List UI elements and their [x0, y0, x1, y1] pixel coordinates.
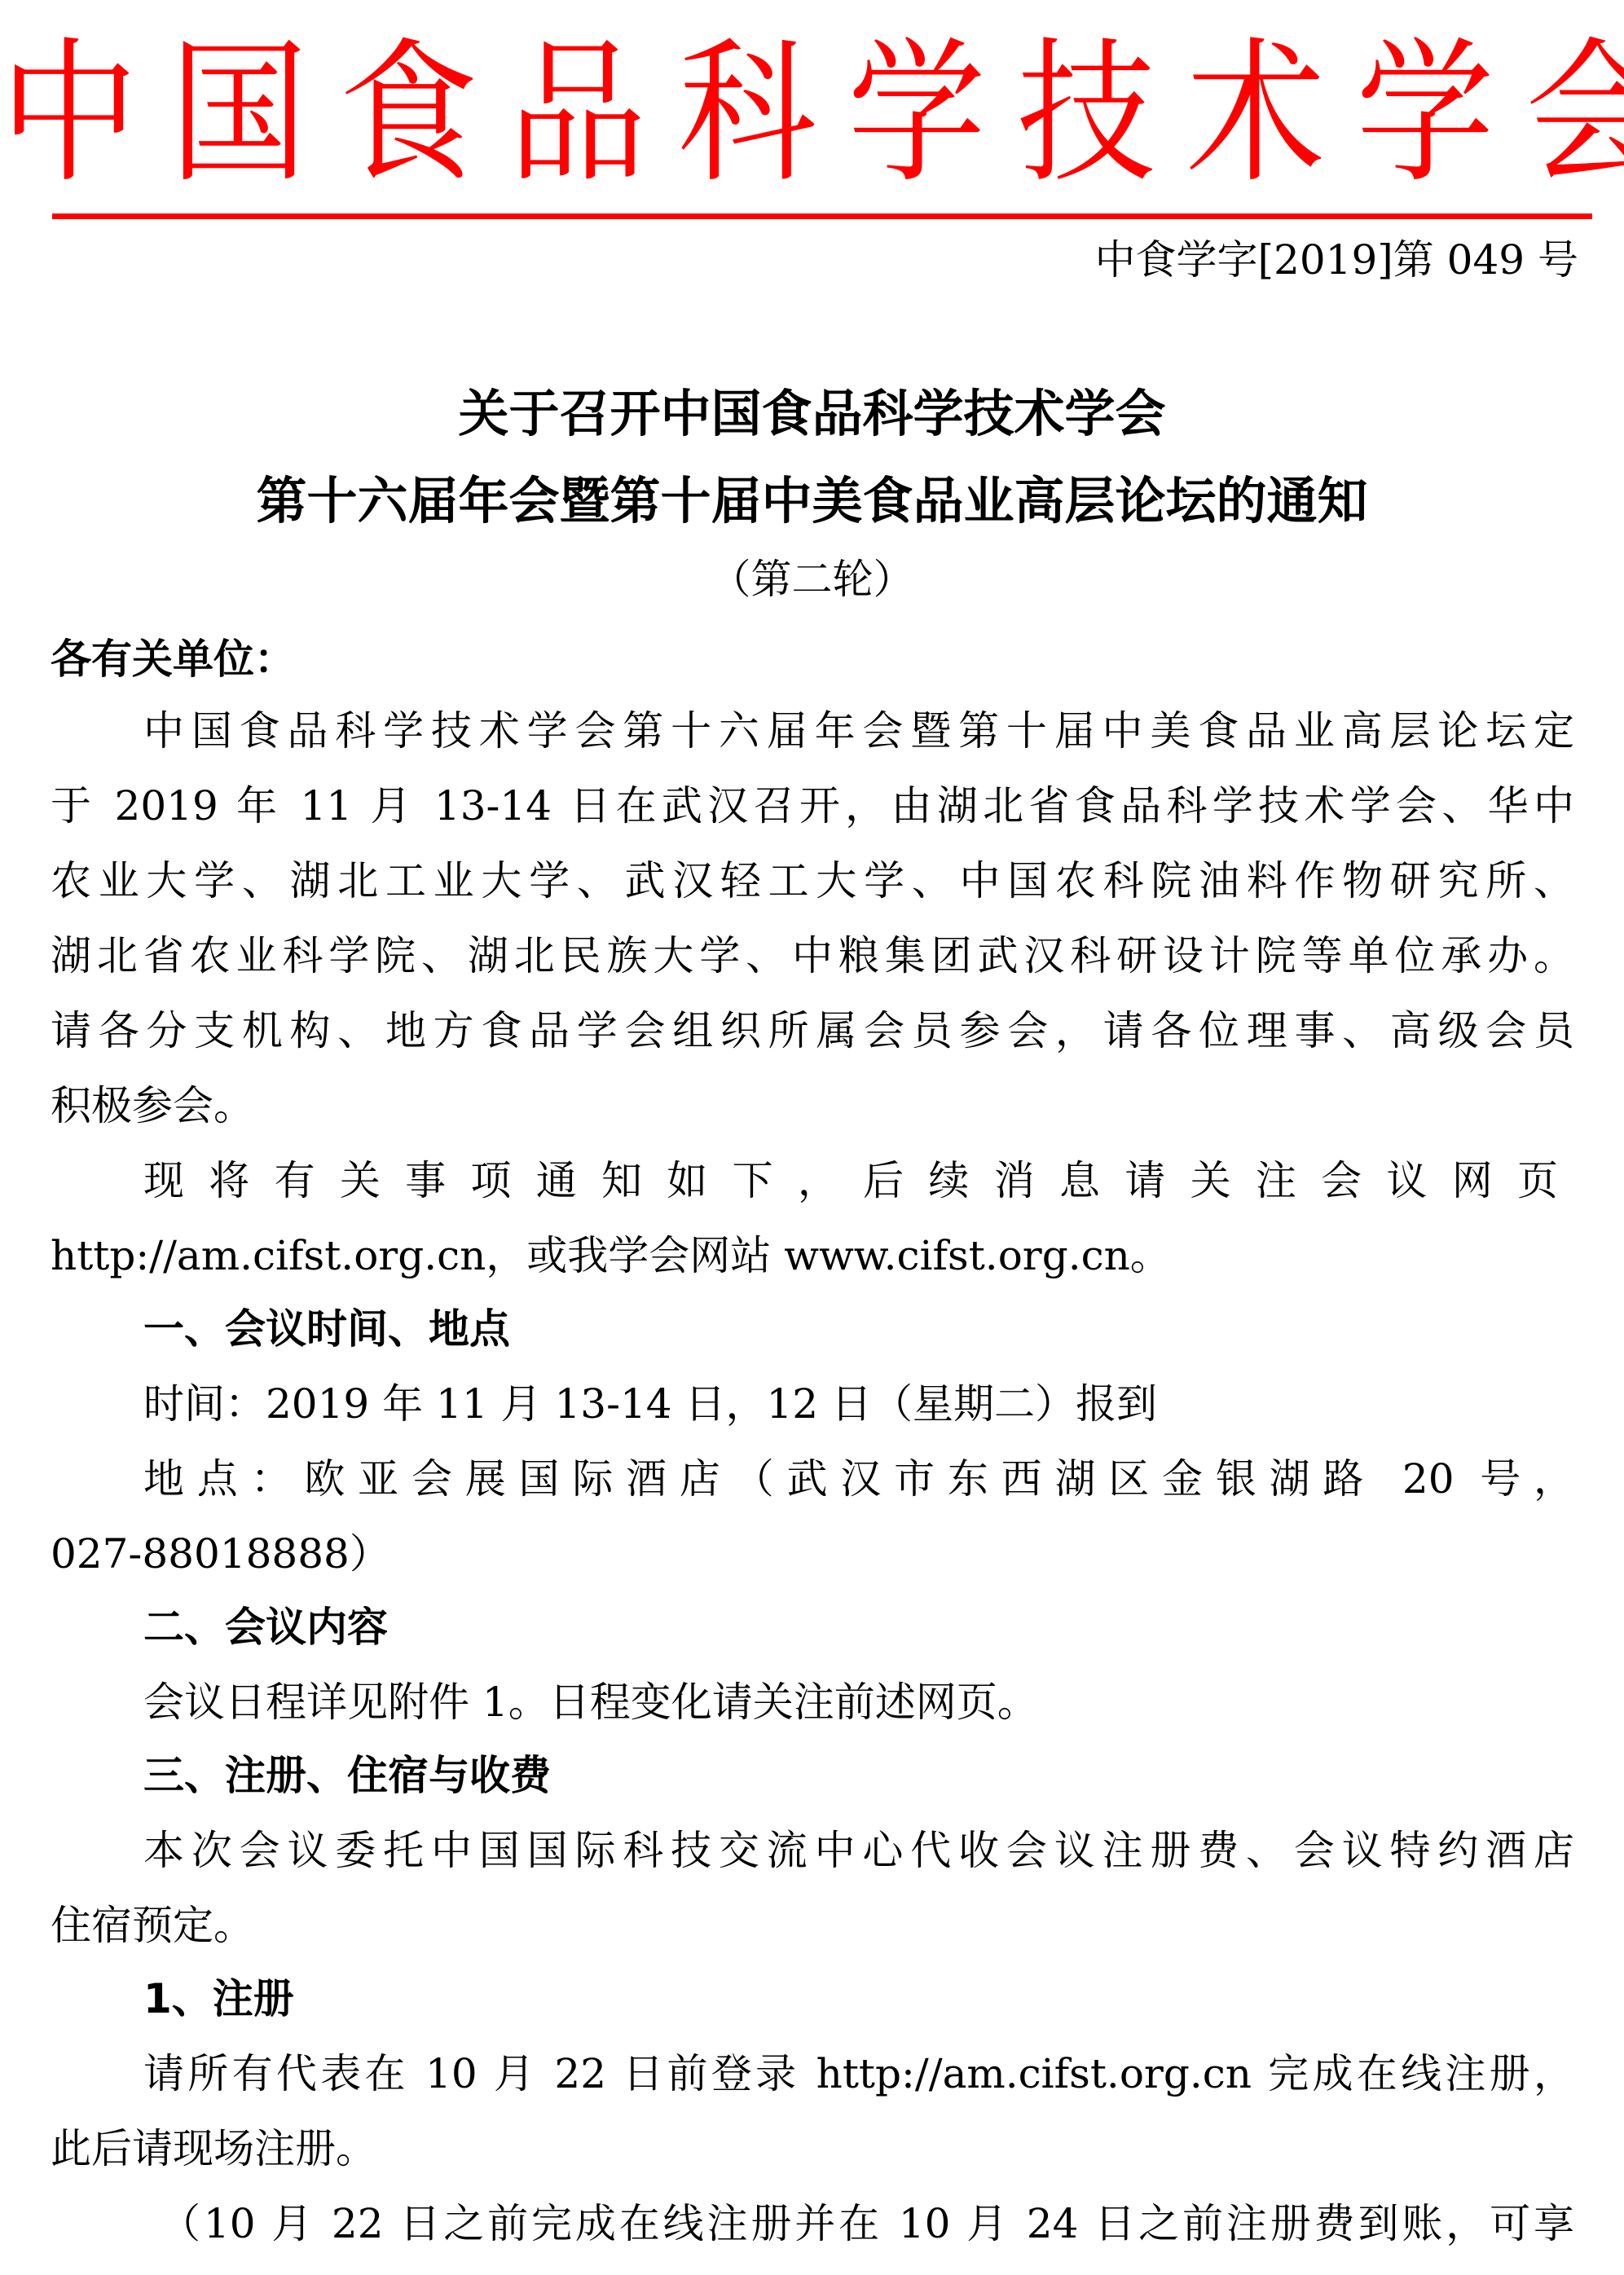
subsection-registration-heading: 1、注册 — [143, 1974, 294, 2024]
document-number: 中食学字[2019]第 049 号 — [1095, 235, 1578, 285]
registration-line-1: 请所有代表在 10 月 22 日前登录 http://am.cifst.org.… — [143, 2048, 1574, 2099]
body-line-3: 农业大学、湖北工业大学、武汉轻工大学、中国农科院油料作物研究所、 — [51, 856, 1574, 906]
masthead-divider — [52, 213, 1592, 219]
registration-line-3: （10 月 22 日之前完成在线注册并在 10 月 24 日之前注册费到账，可享 — [160, 2198, 1574, 2249]
venue-phone: 027-88018888） — [51, 1529, 390, 1579]
meeting-time: 时间：2019 年 11 月 13-14 日，12 日（星期二）报到 — [143, 1379, 1157, 1429]
body-line-2: 于 2019 年 11 月 13-14 日在武汉召开，由湖北省食品科学技术学会、… — [51, 781, 1574, 831]
section-3-heading: 三、注册、住宿与收费 — [143, 1750, 551, 1801]
section-2-heading: 二、会议内容 — [143, 1602, 388, 1652]
meeting-venue: 地点：欧亚会展国际酒店（武汉市东西湖区金银湖路 20 号， — [143, 1454, 1574, 1504]
body-line-6: 积极参会。 — [51, 1080, 254, 1131]
registration-line-2: 此后请现场注册。 — [51, 2123, 376, 2174]
body-line-5: 请各分支机构、地方食品学会组织所属会员参会，请各位理事、高级会员 — [51, 1005, 1574, 1056]
notice-title-line-1: 关于召开中国食品科学技术学会 — [0, 381, 1624, 447]
meeting-content: 会议日程详见附件 1。日程变化请关注前述网页。 — [143, 1677, 1038, 1727]
body-line-7: 现将有关事项通知如下，后续消息请关注会议网页 — [143, 1155, 1574, 1206]
notice-title-line-2: 第十六届年会暨第十届中美食品业高层论坛的通知 — [0, 469, 1624, 534]
body-line-4: 湖北省农业科学院、湖北民族大学、中粮集团武汉科研设计院等单位承办。 — [51, 931, 1574, 981]
website-line: http://am.cifst.org.cn，或我学会网站 www.cifst.… — [51, 1230, 1171, 1281]
section-1-heading: 一、会议时间、地点 — [143, 1304, 510, 1354]
notice-round: （第二轮） — [0, 554, 1624, 605]
body-line-1: 中国食品科学技术学会第十六届年会暨第十届中美食品业高层论坛定 — [143, 706, 1574, 756]
registration-intro-line-1: 本次会议委托中国国际科技交流中心代收会议注册费、会议特约酒店 — [143, 1825, 1574, 1876]
salutation: 各有关单位： — [51, 634, 295, 684]
masthead-title: 中国食品科学技术学会 — [0, 23, 1624, 205]
registration-intro-line-2: 住宿预定。 — [51, 1900, 254, 1951]
